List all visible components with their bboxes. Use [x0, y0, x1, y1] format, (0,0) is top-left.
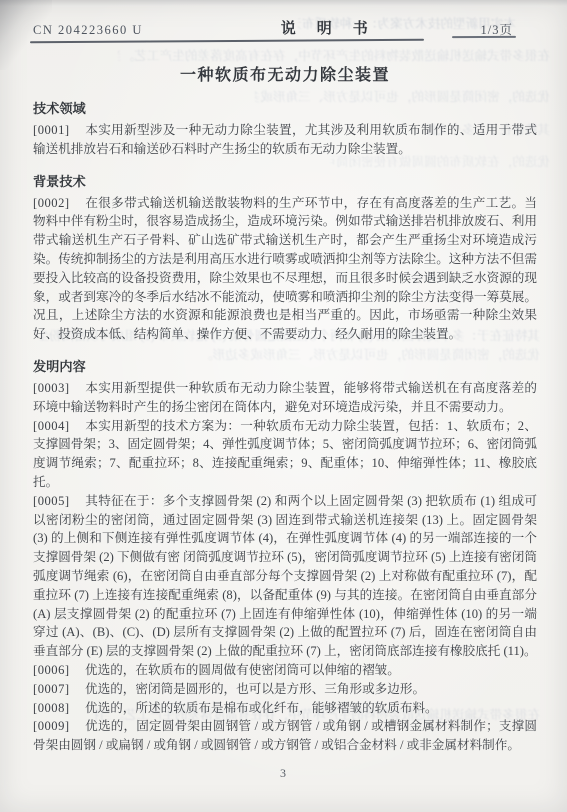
- paragraph-text: 本实用新型提供一种软质布无动力除尘装置，能够将带式输送机在有高度落差的环境中输送…: [33, 381, 537, 414]
- paragraph-0004: [0004]本实用新型的技术方案为：一种软质布无动力除尘装置，包括：1、软质布；…: [33, 417, 537, 492]
- patent-number: CN 204223660 U: [33, 23, 143, 38]
- paragraph-number: [0002]: [33, 194, 85, 213]
- paragraph-number: [0004]: [33, 417, 85, 436]
- section-technical-field: 技术领域 [0001]本实用新型涉及一种无动力除尘装置，尤其涉及利用软质布制作的…: [33, 99, 537, 159]
- paragraph-0007: [0007]优选的，密闭筒是圆形的，也可以是方形、三角形或多边形。: [33, 680, 537, 699]
- page-header: CN 204223660 U 说 明 书 1/3页: [33, 20, 537, 38]
- paragraph-number: [0008]: [33, 699, 85, 718]
- paragraph-text: 本实用新型的技术方案为：一种软质布无动力除尘装置，包括：1、软质布；2、支撑圆骨…: [33, 419, 537, 489]
- paragraph-0005: [0005]其特征在于：多个支撑圆骨架 (2) 和两个以上固定圆骨架 (3) 把…: [33, 492, 537, 661]
- paragraph-number: [0009]: [33, 717, 85, 736]
- section-heading: 背景技术: [33, 172, 537, 191]
- paragraph-text: 其特征在于：多个支撑圆骨架 (2) 和两个以上固定圆骨架 (3) 把软质布 (1…: [33, 494, 537, 658]
- section-invention-content: 发明内容 [0003]本实用新型提供一种软质布无动力除尘装置，能够将带式输送机在…: [33, 357, 537, 755]
- paragraph-number: [0006]: [33, 661, 85, 680]
- paragraph-0009: [0009]优选的，固定圆骨架由圆钢管 / 或方钢管 / 或角钢 / 或槽钢金属…: [33, 717, 537, 755]
- paragraph-text: 优选的，所述的软质布是棉布或化纤布，能够褶皱的软质布料。: [85, 701, 438, 715]
- paragraph-0002: [0002]在很多带式输送机输送散装物料的生产环节中，存在有高度落差的生产工艺。…: [33, 194, 537, 344]
- paragraph-text: 优选的，在软质布的圆周做有使密闭筒可以伸缩的褶皱。: [85, 663, 400, 677]
- page-number: 3: [0, 766, 567, 781]
- paragraph-number: [0005]: [33, 492, 85, 511]
- invention-title: 一种软质布无动力除尘装置: [33, 62, 537, 85]
- section-heading: 发明内容: [33, 357, 537, 376]
- paragraph-0001: [0001]本实用新型涉及一种无动力除尘装置，尤其涉及利用软质布制作的、适用于带…: [33, 121, 537, 159]
- paragraph-0008: [0008]优选的，所述的软质布是棉布或化纤布，能够褶皱的软质布料。: [33, 699, 537, 718]
- paragraph-text: 在很多带式输送机输送散装物料的生产环节中，存在有高度落差的生产工艺。当物料中伴有…: [33, 196, 537, 342]
- paragraph-0003: [0003]本实用新型提供一种软质布无动力除尘装置，能够将带式输送机在有高度落差…: [33, 379, 537, 417]
- paragraph-number: [0003]: [33, 379, 85, 398]
- patent-specification-page: 本实用新型的技术方案为：一种软质布无动力除尘装置，包括：1、软质布；2、支撑圆骨…: [0, 0, 567, 812]
- section-heading: 技术领域: [33, 99, 537, 118]
- document-type-title: 说 明 书: [281, 17, 371, 38]
- paragraph-0006: [0006]优选的，在软质布的圆周做有使密闭筒可以伸缩的褶皱。: [33, 661, 537, 680]
- paragraph-text: 本实用新型涉及一种无动力除尘装置，尤其涉及利用软质布制作的、适用于带式输送机排放…: [33, 123, 537, 156]
- paragraph-number: [0007]: [33, 680, 85, 699]
- section-background-art: 背景技术 [0002]在很多带式输送机输送散装物料的生产环节中，存在有高度落差的…: [33, 172, 537, 344]
- page-indicator: 1/3页: [481, 20, 537, 38]
- paragraph-text: 优选的，密闭筒是圆形的，也可以是方形、三角形或多边形。: [85, 682, 425, 696]
- paragraph-number: [0001]: [33, 121, 85, 140]
- page-content: CN 204223660 U 说 明 书 1/3页 一种软质布无动力除尘装置 技…: [0, 0, 567, 755]
- paragraph-text: 优选的，固定圆骨架由圆钢管 / 或方钢管 / 或角钢 / 或槽钢金属材料制作；支…: [33, 719, 537, 752]
